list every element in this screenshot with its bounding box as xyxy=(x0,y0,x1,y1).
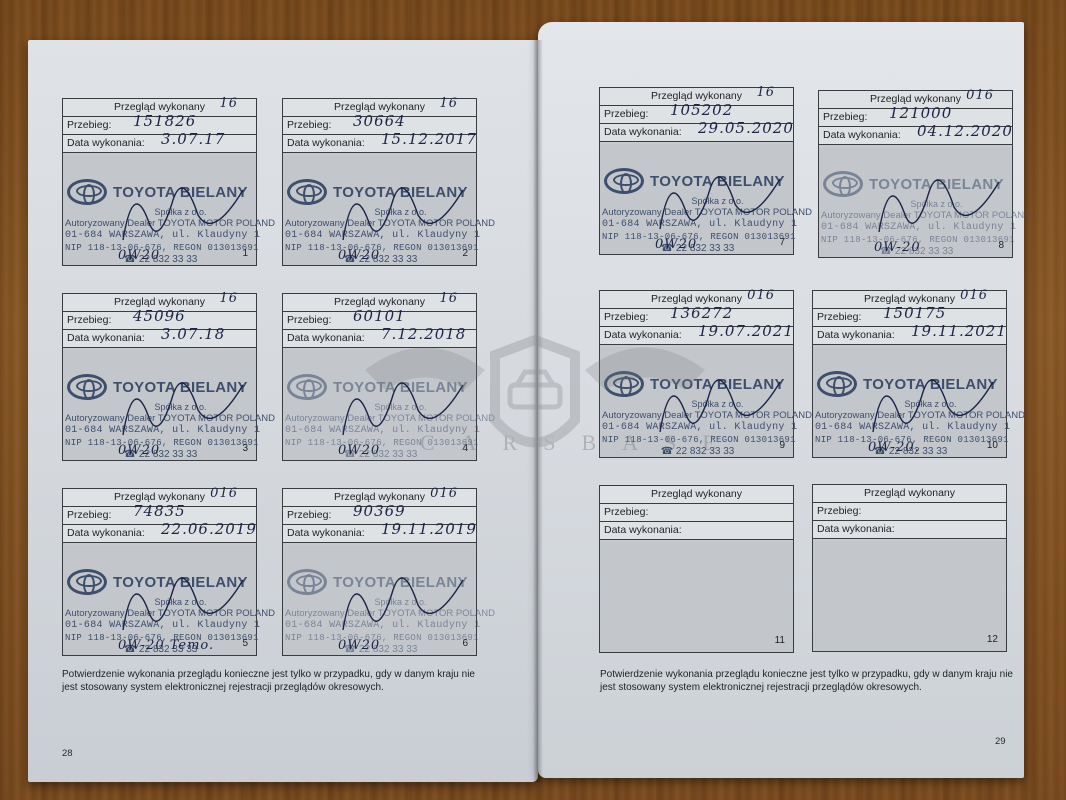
stamp-phone: ☎ 22 832 33 33 xyxy=(602,446,793,458)
mileage-label: Przebieg: xyxy=(287,509,331,521)
mileage-label: Przebieg: xyxy=(67,314,111,326)
stamp-address: 01-684 WARSZAWA, ul. Klaudyny 1 xyxy=(285,230,476,242)
toyota-logo-icon xyxy=(67,374,107,400)
date-label: Data wykonania: xyxy=(67,137,145,149)
oil-note: 0W20 xyxy=(118,443,160,458)
mileage-value: 90369 xyxy=(353,503,406,520)
inspection-card: Przegląd wykonany Przebieg: Data wykonan… xyxy=(812,484,1007,652)
date-label: Data wykonania: xyxy=(287,137,365,149)
stamp-ids: NIP 118-13-06-676, REGON 013013691 xyxy=(602,231,793,243)
date-row: Data wykonania: 22.06.2019 xyxy=(63,525,256,543)
toyota-logo-icon xyxy=(287,374,327,400)
mileage-value: 150175 xyxy=(883,305,946,322)
card-number: 12 xyxy=(987,634,998,645)
date-value: 7.12.2018 xyxy=(381,326,466,343)
inspection-card: Przegląd wykonany 016 Przebieg: 74835 Da… xyxy=(62,488,257,656)
toyota-logo-icon xyxy=(287,179,327,205)
stamp-brand: TOYOTA BIELANY xyxy=(113,184,248,201)
inspection-code: 016 xyxy=(960,287,988,304)
date-value: 19.07.2021 xyxy=(698,323,794,340)
stamp-phone: ☎ 22 832 33 33 xyxy=(65,254,256,266)
stamp-company: Spółka z o.o. xyxy=(855,399,1006,410)
date-row: Data wykonania: 3.07.18 xyxy=(63,330,256,348)
mileage-value: 45096 xyxy=(133,308,186,325)
page-number-left: 28 xyxy=(62,748,73,759)
stamp-company: Spółka z o.o. xyxy=(105,597,256,608)
left-page-footnote: Potwierdzenie wykonania przeglądu koniec… xyxy=(62,668,482,694)
dealer-stamp: TOYOTA BIELANY Spółka z o.o. Autoryzowan… xyxy=(65,177,256,266)
card-number: 3 xyxy=(242,443,248,454)
mileage-value: 151826 xyxy=(133,113,196,130)
inspection-code: 016 xyxy=(747,287,775,304)
toyota-logo-icon xyxy=(67,569,107,595)
mileage-label: Przebieg: xyxy=(817,505,861,517)
right-page-footnote: Potwierdzenie wykonania przeglądu koniec… xyxy=(600,668,1020,694)
date-value: 3.07.17 xyxy=(161,131,225,148)
stamp-company: Spółka z o.o. xyxy=(325,207,476,218)
inspection-card: Przegląd wykonany Przebieg: Data wykonan… xyxy=(599,485,794,653)
stamp-brand: TOYOTA BIELANY xyxy=(113,379,248,396)
stamp-company: Spółka z o.o. xyxy=(325,402,476,413)
card-number: 5 xyxy=(242,638,248,649)
stamp-dealer: Autoryzowany Dealer TOYOTA MOTOR POLAND xyxy=(602,410,793,422)
stamp-dealer: Autoryzowany Dealer TOYOTA MOTOR POLAND xyxy=(65,608,256,620)
stamp-ids: NIP 118-13-06-676, REGON 013013691 xyxy=(602,434,793,446)
date-label: Data wykonania: xyxy=(287,332,365,344)
mileage-label: Przebieg: xyxy=(817,311,861,323)
toyota-logo-icon xyxy=(604,371,644,397)
stamp-phone: ☎ 22 832 33 33 xyxy=(285,644,476,656)
date-row: Data wykonania: 19.11.2021 xyxy=(813,327,1006,345)
card-number: 10 xyxy=(987,440,998,451)
stamp-area: 11 xyxy=(600,542,793,652)
dealer-stamp: TOYOTA BIELANY Spółka z o.o. Autoryzowan… xyxy=(285,372,476,461)
stamp-area: TOYOTA BIELANY Spółka z o.o. Autoryzowan… xyxy=(819,147,1012,257)
card-number: 7 xyxy=(779,237,785,248)
date-value: 3.07.18 xyxy=(161,326,225,343)
stamp-area: TOYOTA BIELANY Spółka z o.o. Autoryzowan… xyxy=(63,545,256,655)
stamp-area: TOYOTA BIELANY Spółka z o.o. Autoryzowan… xyxy=(600,144,793,254)
date-row: Data wykonania: 19.11.2019 xyxy=(283,525,476,543)
date-value: 15.12.2017 xyxy=(381,131,477,148)
oil-note: 0W20 xyxy=(338,443,380,458)
inspection-card: Przegląd wykonany 016 Przebieg: 121000 D… xyxy=(818,90,1013,258)
card-number: 6 xyxy=(462,638,468,649)
date-label: Data wykonania: xyxy=(67,332,145,344)
stamp-area: TOYOTA BIELANY Spółka z o.o. Autoryzowan… xyxy=(63,350,256,460)
oil-note: 0W-20. xyxy=(868,440,920,455)
stamp-brand: TOYOTA BIELANY xyxy=(333,574,468,591)
date-value: 04.12.2020 xyxy=(917,123,1013,140)
stamp-dealer: Autoryzowany Dealer TOYOTA MOTOR POLAND xyxy=(602,207,793,219)
stamp-phone: ☎ 22 832 33 33 xyxy=(65,449,256,461)
date-row: Data wykonania: 3.07.17 xyxy=(63,135,256,153)
date-row: Data wykonania: 19.07.2021 xyxy=(600,327,793,345)
toyota-logo-icon xyxy=(67,179,107,205)
oil-note: 0W-20 xyxy=(874,240,921,255)
stamp-company: Spółka z o.o. xyxy=(105,207,256,218)
dealer-stamp: TOYOTA BIELANY Spółka z o.o. Autoryzowan… xyxy=(65,372,256,461)
stamp-address: 01-684 WARSZAWA, ul. Klaudyny 1 xyxy=(602,422,793,434)
mileage-label: Przebieg: xyxy=(67,119,111,131)
date-row: Data wykonania: xyxy=(813,521,1006,539)
stamp-dealer: Autoryzowany Dealer TOYOTA MOTOR POLAND xyxy=(815,410,1006,422)
mileage-value: 121000 xyxy=(889,105,952,122)
stamp-brand: TOYOTA BIELANY xyxy=(650,376,785,393)
mileage-label: Przebieg: xyxy=(287,119,331,131)
stamp-brand: TOYOTA BIELANY xyxy=(333,379,468,396)
inspection-card: Przegląd wykonany 16 Przebieg: 45096 Dat… xyxy=(62,293,257,461)
stamp-dealer: Autoryzowany Dealer TOYOTA MOTOR POLAND xyxy=(285,413,476,425)
dealer-stamp: TOYOTA BIELANY Spółka z o.o. Autoryzowan… xyxy=(285,567,476,656)
stamp-ids: NIP 118-13-06-676, REGON 013013691 xyxy=(285,242,476,254)
date-label: Data wykonania: xyxy=(604,524,682,536)
toyota-logo-icon xyxy=(823,171,863,197)
stamp-dealer: Autoryzowany Dealer TOYOTA MOTOR POLAND xyxy=(65,413,256,425)
mileage-label: Przebieg: xyxy=(604,108,648,120)
mileage-value: 60101 xyxy=(353,308,406,325)
date-row: Data wykonania: xyxy=(600,522,793,540)
stamp-area: TOYOTA BIELANY Spółka z o.o. Autoryzowan… xyxy=(283,155,476,265)
stamp-dealer: Autoryzowany Dealer TOYOTA MOTOR POLAND xyxy=(285,218,476,230)
stamp-dealer: Autoryzowany Dealer TOYOTA MOTOR POLAND xyxy=(65,218,256,230)
card-title-label: Przegląd wykonany xyxy=(864,487,955,499)
stamp-dealer: Autoryzowany Dealer TOYOTA MOTOR POLAND xyxy=(285,608,476,620)
mileage-label: Przebieg: xyxy=(67,509,111,521)
inspection-card: Przegląd wykonany 16 Przebieg: 105202 Da… xyxy=(599,87,794,255)
mileage-label: Przebieg: xyxy=(823,111,867,123)
stamp-area: TOYOTA BIELANY Spółka z o.o. Autoryzowan… xyxy=(63,155,256,265)
card-number: 2 xyxy=(462,248,468,259)
date-row: Data wykonania: 15.12.2017 xyxy=(283,135,476,153)
stamp-dealer: Autoryzowany Dealer TOYOTA MOTOR POLAND xyxy=(821,210,1012,222)
dealer-stamp: TOYOTA BIELANY Spółka z o.o. Autoryzowan… xyxy=(602,166,793,255)
date-label: Data wykonania: xyxy=(287,527,365,539)
oil-note: 0W20 xyxy=(338,248,380,263)
stamp-company: Spółka z o.o. xyxy=(105,402,256,413)
toyota-logo-icon xyxy=(287,569,327,595)
date-value: 22.06.2019 xyxy=(161,521,257,538)
stamp-area: 12 xyxy=(813,541,1006,651)
stamp-area: TOYOTA BIELANY Spółka z o.o. Autoryzowan… xyxy=(283,350,476,460)
stamp-address: 01-684 WARSZAWA, ul. Klaudyny 1 xyxy=(821,222,1012,234)
oil-note: 0W20 xyxy=(118,248,160,263)
card-number: 8 xyxy=(998,240,1004,251)
stamp-ids: NIP 118-13-06-676, REGON 013013691 xyxy=(65,242,256,254)
stamp-address: 01-684 WARSZAWA, ul. Klaudyny 1 xyxy=(65,620,256,632)
date-value: 29.05.2020 xyxy=(698,120,794,137)
stamp-area: TOYOTA BIELANY Spółka z o.o. Autoryzowan… xyxy=(600,347,793,457)
mileage-value: 105202 xyxy=(670,102,733,119)
stamp-company: Spółka z o.o. xyxy=(642,399,793,410)
stamp-address: 01-684 WARSZAWA, ul. Klaudyny 1 xyxy=(815,422,1006,434)
inspection-card: Przegląd wykonany 16 Przebieg: 30664 Dat… xyxy=(282,98,477,266)
date-label: Data wykonania: xyxy=(823,129,901,141)
stamp-address: 01-684 WARSZAWA, ul. Klaudyny 1 xyxy=(65,425,256,437)
oil-note: 0W20 xyxy=(338,638,380,653)
mileage-row: Przebieg: 45096 xyxy=(63,312,256,330)
card-title: Przegląd wykonany xyxy=(813,485,1006,503)
oil-note: 0W20 xyxy=(655,237,697,252)
stamp-brand: TOYOTA BIELANY xyxy=(863,376,998,393)
stamp-ids: NIP 118-13-06-676, REGON 013013691 xyxy=(285,632,476,644)
stamp-company: Spółka z o.o. xyxy=(642,196,793,207)
inspection-card: Przegląd wykonany 016 Przebieg: 90369 Da… xyxy=(282,488,477,656)
inspection-code: 16 xyxy=(219,290,238,307)
mileage-row: Przebieg: xyxy=(600,504,793,522)
stamp-phone: ☎ 22 832 33 33 xyxy=(602,243,793,255)
inspection-code: 16 xyxy=(439,95,458,112)
inspection-code: 16 xyxy=(756,84,775,101)
inspection-card: Przegląd wykonany 016 Przebieg: 136272 D… xyxy=(599,290,794,458)
stamp-area: TOYOTA BIELANY Spółka z o.o. Autoryzowan… xyxy=(283,545,476,655)
inspection-code: 016 xyxy=(430,485,458,502)
card-title: Przegląd wykonany xyxy=(600,486,793,504)
mileage-value: 136272 xyxy=(670,305,733,322)
date-label: Data wykonania: xyxy=(817,523,895,535)
card-number: 4 xyxy=(462,443,468,454)
inspection-card: Przegląd wykonany 16 Przebieg: 60101 Dat… xyxy=(282,293,477,461)
stamp-address: 01-684 WARSZAWA, ul. Klaudyny 1 xyxy=(65,230,256,242)
date-label: Data wykonania: xyxy=(817,329,895,341)
toyota-logo-icon xyxy=(604,168,644,194)
date-value: 19.11.2019 xyxy=(381,521,477,538)
dealer-stamp: TOYOTA BIELANY Spółka z o.o. Autoryzowan… xyxy=(285,177,476,266)
stamp-ids: NIP 118-13-06-676, REGON 013013691 xyxy=(285,437,476,449)
mileage-value: 74835 xyxy=(133,503,186,520)
stamp-address: 01-684 WARSZAWA, ul. Klaudyny 1 xyxy=(285,425,476,437)
inspection-code: 016 xyxy=(966,87,994,104)
stamp-phone: ☎ 22 832 33 33 xyxy=(285,449,476,461)
stamp-ids: NIP 118-13-06-676, REGON 013013691 xyxy=(65,437,256,449)
stamp-phone: ☎ 22 832 33 33 xyxy=(285,254,476,266)
date-row: Data wykonania: 7.12.2018 xyxy=(283,330,476,348)
mileage-label: Przebieg: xyxy=(604,311,648,323)
stamp-company: Spółka z o.o. xyxy=(325,597,476,608)
date-label: Data wykonania: xyxy=(604,126,682,138)
date-row: Data wykonania: 29.05.2020 xyxy=(600,124,793,142)
mileage-row: Przebieg: 151826 xyxy=(63,117,256,135)
stamp-address: 01-684 WARSZAWA, ul. Klaudyny 1 xyxy=(285,620,476,632)
inspection-code: 16 xyxy=(219,95,238,112)
mileage-label: Przebieg: xyxy=(287,314,331,326)
card-title-label: Przegląd wykonany xyxy=(651,488,742,500)
date-label: Data wykonania: xyxy=(67,527,145,539)
stamp-brand: TOYOTA BIELANY xyxy=(869,176,1004,193)
stamp-brand: TOYOTA BIELANY xyxy=(650,173,785,190)
date-row: Data wykonania: 04.12.2020 xyxy=(819,127,1012,145)
card-number: 11 xyxy=(775,635,785,646)
inspection-code: 016 xyxy=(210,485,238,502)
stamp-address: 01-684 WARSZAWA, ul. Klaudyny 1 xyxy=(602,219,793,231)
dealer-stamp: TOYOTA BIELANY Spółka z o.o. Autoryzowan… xyxy=(602,369,793,458)
mileage-row: Przebieg: xyxy=(813,503,1006,521)
inspection-card: Przegląd wykonany 016 Przebieg: 150175 D… xyxy=(812,290,1007,458)
inspection-code: 16 xyxy=(439,290,458,307)
toyota-logo-icon xyxy=(817,371,857,397)
stamp-brand: TOYOTA BIELANY xyxy=(333,184,468,201)
mileage-label: Przebieg: xyxy=(604,506,648,518)
stamp-brand: TOYOTA BIELANY xyxy=(113,574,248,591)
date-label: Data wykonania: xyxy=(604,329,682,341)
card-number: 1 xyxy=(242,248,248,259)
book-spine xyxy=(533,40,543,782)
oil-note: 0W-20 Temo. xyxy=(118,638,214,653)
stamp-area: TOYOTA BIELANY Spółka z o.o. Autoryzowan… xyxy=(813,347,1006,457)
card-number: 9 xyxy=(779,440,785,451)
stamp-company: Spółka z o.o. xyxy=(861,199,1012,210)
page-number-right: 29 xyxy=(995,736,1006,747)
date-value: 19.11.2021 xyxy=(911,323,1007,340)
inspection-card: Przegląd wykonany 16 Przebieg: 151826 Da… xyxy=(62,98,257,266)
mileage-value: 30664 xyxy=(353,113,406,130)
